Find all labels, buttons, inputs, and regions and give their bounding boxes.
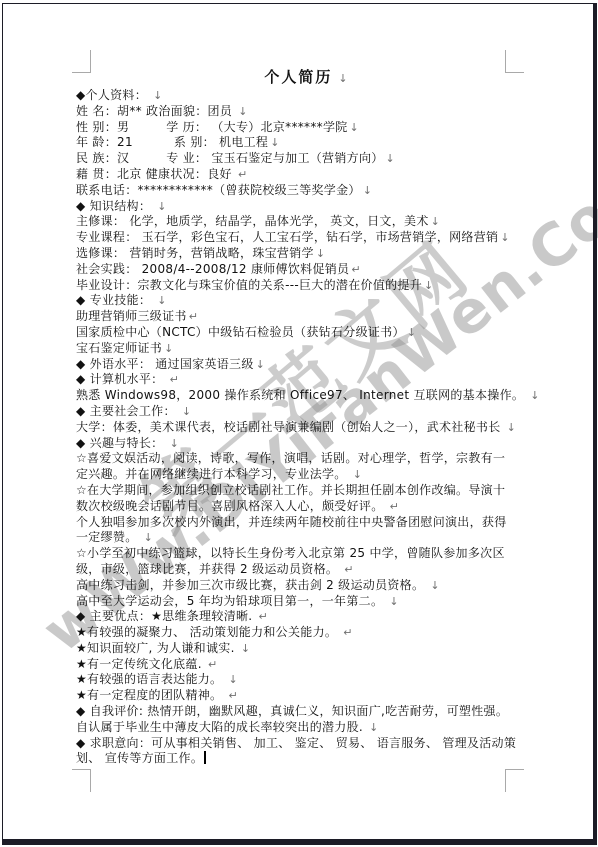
paragraph-mark: ↵ xyxy=(189,310,198,323)
paragraph-mark: ↵ xyxy=(170,373,179,386)
document-lines: ◆个人资料： ↓姓 名：胡** 政治面貌：团员 ↓性 别：男 学 历： （大专）… xyxy=(76,88,536,767)
document-line: ◆ 计算机水平： ↵ xyxy=(76,372,536,388)
line-break-mark: ↓ xyxy=(228,673,237,686)
document-body[interactable]: 个人简历↓ ◆个人资料： ↓姓 名：胡** 政治面貌：团员 ↓性 别：男 学 历… xyxy=(76,66,536,767)
line-text: ◆ 自我评价: 热情开朗，幽默风趣，真诚仁义，知识面广,吃苦耐劳，可塑性强。 xyxy=(76,704,508,718)
line-text: 主修课： 化学，地质学，结晶学，晶体光学， 英文，日文，美术 xyxy=(76,214,429,228)
line-text: 定兴趣。并在网络继续进行本科学习，专业法学。 xyxy=(76,467,351,481)
line-break-mark: ↓ xyxy=(424,279,433,292)
line-text: ◆ 兴趣与特长： xyxy=(76,436,168,450)
line-break-mark: ↓ xyxy=(389,595,398,608)
document-line: ★有一定程度的团队精神。 ↵ xyxy=(76,688,536,704)
line-text: 熟悉 Windows98，2000 操作系统和 Office97、 Intern… xyxy=(76,388,528,402)
document-line: 高中至大学运动会，5 年均为铅球项目第一，一年第二。 ↓ xyxy=(76,594,536,610)
text-cursor xyxy=(204,751,206,764)
document-line: ☆在大学期间，参加组织创立校话剧社工作。并长期担任剧本创作改编。导演十 xyxy=(76,483,536,499)
line-break-mark: ↓ xyxy=(430,579,439,592)
document-line: 数次校级晚会话剧节目。喜剧风格深入人心，颇受好评。 ↵ xyxy=(76,499,536,515)
document-line: ◆ 主要社会工作： ↓ xyxy=(76,404,536,420)
document-line: 一定缪赞。 ↓ xyxy=(76,530,536,546)
paragraph-mark: ↵ xyxy=(344,563,353,576)
line-text: 助理营销师三级证书 xyxy=(76,309,187,323)
line-break-mark: ↓ xyxy=(500,231,509,244)
paragraph-mark: ↵ xyxy=(259,610,268,623)
line-text: ★有较强的凝聚力、 活动策划能力和公关能力。 xyxy=(76,625,341,639)
line-text: 级，市级，篮球比赛，并获得 2 级运动员资格。 xyxy=(76,562,342,576)
line-break-mark: ↓ xyxy=(256,358,265,371)
document-line: ◆ 求职意向：可从事相关销售、 加工、 鉴定、 贸易、 语言服务、 管理及活动策 xyxy=(76,736,536,752)
line-break-mark: ↓ xyxy=(350,121,359,134)
line-text: 毕业设计：宗教文化与珠宝价值的关系---巨大的潜在价值的提升 xyxy=(76,278,422,292)
line-break-mark: ↓ xyxy=(407,326,416,339)
document-line: ☆小学至初中练习篮球，以特长生身份考入北京第 25 中学，曾随队参加多次区 xyxy=(76,546,536,562)
line-text: ◆ 计算机水平： xyxy=(76,372,168,386)
line-break-mark: ↓ xyxy=(241,642,250,655)
line-text: ◆ 主要优点：★思维条理较清晰. xyxy=(76,609,257,623)
line-text: 高中练习击剑，并参加三次市级比赛，获击剑 2 级运动员资格。 xyxy=(76,578,428,592)
document-line: ◆ 外语水平： 通过国家英语三级↓ xyxy=(76,357,536,373)
line-text: ★有较强的语言表达能力。 xyxy=(76,672,226,686)
document-line: 联系电话：************（曾获院校级三等奖学金）↓ xyxy=(76,183,536,199)
line-break-mark: ↓ xyxy=(530,389,539,402)
document-line: ◆ 主要优点：★思维条理较清晰. ↵ xyxy=(76,609,536,625)
paragraph-mark: ↵ xyxy=(343,626,352,639)
paragraph-mark: ↵ xyxy=(390,500,399,513)
line-text: 自认属于毕业生中薄皮大陷的成长率较突出的潜力股. xyxy=(76,720,367,734)
line-text: 划、 宣传等方面工作。 xyxy=(76,751,203,765)
paragraph-mark: ↵ xyxy=(351,263,360,276)
document-line: 助理营销师三级证书↵ xyxy=(76,309,536,325)
line-break-mark: ↓ xyxy=(316,247,325,260)
line-text: 姓 名：胡** 政治面貌：团员 xyxy=(76,104,236,118)
line-break-mark: ↓ xyxy=(507,421,516,434)
document-line: ◆ 自我评价: 热情开朗，幽默风趣，真诚仁义，知识面广,吃苦耐劳，可塑性强。 xyxy=(76,704,536,720)
line-break-mark: ↓ xyxy=(153,89,162,102)
document-line: 定兴趣。并在网络继续进行本科学习，专业法学。 ↓ xyxy=(76,467,536,483)
document-line: 藉 贯：北京 健康状况：良好 ↵ xyxy=(76,167,536,183)
paragraph-mark: ↵ xyxy=(228,689,237,702)
line-break-mark: ↓ xyxy=(238,105,247,118)
document-line: 级，市级，篮球比赛，并获得 2 级运动员资格。 ↵ xyxy=(76,562,536,578)
line-break-mark: ↓ xyxy=(164,342,173,355)
document-line: ★有较强的语言表达能力。 ↓ xyxy=(76,672,536,688)
line-text: ◆ 外语水平： 通过国家英语三级 xyxy=(76,357,254,371)
line-text: 联系电话：************（曾获院校级三等奖学金） xyxy=(76,183,361,197)
line-text: 大学：体委，美术课代表，校话剧社导演兼编剧（创始人之一），武术社秘书长 xyxy=(76,420,505,434)
line-break-mark: ↓ xyxy=(431,215,440,228)
line-break-mark: ↓ xyxy=(170,437,179,450)
line-text: 宝石鉴定师证书 xyxy=(76,341,162,355)
document-line: 主修课： 化学，地质学，结晶学，晶体光学， 英文，日文，美术↓ xyxy=(76,214,536,230)
document-line: ★有一定传统文化底蕴. ↵ xyxy=(76,657,536,673)
document-title: 个人简历 xyxy=(264,68,332,86)
document-line: 划、 宣传等方面工作。 xyxy=(76,751,536,767)
document-line: ◆个人资料： ↓ xyxy=(76,88,536,104)
document-line: 国家质检中心（NCTC）中级钻石检验员（获钻石分级证书）↓ xyxy=(76,325,536,341)
document-line: 姓 名：胡** 政治面貌：团员 ↓ xyxy=(76,104,536,120)
line-text: ☆在大学期间，参加组织创立校话剧社工作。并长期担任剧本创作改编。导演十 xyxy=(76,483,505,497)
document-line: 高中练习击剑，并参加三次市级比赛，获击剑 2 级运动员资格。 ↓ xyxy=(76,578,536,594)
line-text: 国家质检中心（NCTC）中级钻石检验员（获钻石分级证书） xyxy=(76,325,405,339)
line-break-mark: ↓ xyxy=(270,136,279,149)
document-line: ◆ 知识结构： ↓ xyxy=(76,199,536,215)
line-break-mark: ↓ xyxy=(363,184,372,197)
title-line-break-mark: ↓ xyxy=(338,72,347,85)
document-line: ◆ 兴趣与特长： ↓ xyxy=(76,436,536,452)
document-line: 个人独唱参加多次校内外演出，并连续两年随校前往中央警备团慰问演出，获得 xyxy=(76,515,536,531)
document-line: 大学：体委，美术课代表，校话剧社导演兼编剧（创始人之一），武术社秘书长 ↓ xyxy=(76,420,536,436)
line-text: 个人独唱参加多次校内外演出，并连续两年随校前往中央警备团慰问演出，获得 xyxy=(76,515,507,529)
line-text: ◆ 专业技能： xyxy=(76,293,155,307)
document-title-row: 个人简历↓ xyxy=(76,66,536,86)
line-break-mark: ↓ xyxy=(182,405,191,418)
paragraph-mark: ↵ xyxy=(208,658,217,671)
document-line: 社会实践： 2008/4--2008/12 康师傅饮料促销员↵ xyxy=(76,262,536,278)
document-line: ◆ 专业技能： ↓ xyxy=(76,293,536,309)
document-line: 毕业设计：宗教文化与珠宝价值的关系---巨大的潜在价值的提升↓ xyxy=(76,278,536,294)
line-text: ◆ 知识结构： xyxy=(76,199,155,213)
document-line: 熟悉 Windows98，2000 操作系统和 Office97、 Intern… xyxy=(76,388,536,404)
line-text: 性 别：男 学 历： （大专）北京******学院 xyxy=(76,120,348,134)
line-break-mark: ↓ xyxy=(157,200,166,213)
document-line: 性 别：男 学 历： （大专）北京******学院↓ xyxy=(76,120,536,136)
line-text: ◆ 求职意向：可从事相关销售、 加工、 鉴定、 贸易、 语言服务、 管理及活动策 xyxy=(76,736,516,750)
line-text: ★有一定程度的团队精神。 xyxy=(76,688,226,702)
document-line: 宝石鉴定师证书↓ xyxy=(76,341,536,357)
margin-mark-bottom-left xyxy=(72,769,91,792)
line-text: 一定缪赞。 xyxy=(76,530,142,544)
line-text: 民 族：汉 专 业： 宝玉石鉴定与加工（营销方向） xyxy=(76,151,384,165)
line-text: 藉 贯：北京 健康状况：良好 xyxy=(76,167,236,181)
document-line: 选修课： 营销时务，营销战略，珠宝营销学↓ xyxy=(76,246,536,262)
document-line: 专业课程： 玉石学，彩色宝石，人工宝石学，钻石学，市场营销学，网络营销↓ xyxy=(76,230,536,246)
line-text: ☆喜爱文娱活动，阅读，诗歌，写作，演唱，话剧。对心理学，哲学，宗教有一 xyxy=(76,451,505,465)
line-break-mark: ↓ xyxy=(144,531,153,544)
line-text: 高中至大学运动会，5 年均为铅球项目第一，一年第二。 xyxy=(76,594,387,608)
document-line: 民 族：汉 专 业： 宝玉石鉴定与加工（营销方向）↓ xyxy=(76,151,536,167)
line-break-mark: ↓ xyxy=(353,468,362,481)
line-text: 社会实践： 2008/4--2008/12 康师傅饮料促销员 xyxy=(76,262,349,276)
document-line: ★知识面较广, 为人谦和诚实. ↓ xyxy=(76,641,536,657)
line-text: 年 龄：21 系 别： 机电工程 xyxy=(76,135,268,149)
paragraph-mark: ↵ xyxy=(238,168,247,181)
margin-mark-bottom-right xyxy=(505,769,524,792)
line-text: ★有一定传统文化底蕴. xyxy=(76,657,206,671)
line-text: 专业课程： 玉石学，彩色宝石，人工宝石学，钻石学，市场营销学，网络营销 xyxy=(76,230,498,244)
line-text: 数次校级晚会话剧节目。喜剧风格深入人心，颇受好评。 xyxy=(76,499,388,513)
line-break-mark: ↓ xyxy=(386,152,395,165)
document-line: 年 龄：21 系 别： 机电工程↓ xyxy=(76,135,536,151)
line-text: ☆小学至初中练习篮球，以特长生身份考入北京第 25 中学，曾随队参加多次区 xyxy=(76,546,505,560)
line-break-mark: ↓ xyxy=(157,294,166,307)
line-text: ◆ 主要社会工作： xyxy=(76,404,180,418)
line-text: ★知识面较广, 为人谦和诚实. xyxy=(76,641,239,655)
document-line: ☆喜爱文娱活动，阅读，诗歌，写作，演唱，话剧。对心理学，哲学，宗教有一 xyxy=(76,451,536,467)
document-line: 自认属于毕业生中薄皮大陷的成长率较突出的潜力股. ↓ xyxy=(76,720,536,736)
document-line: ★有较强的凝聚力、 活动策划能力和公关能力。 ↵ xyxy=(76,625,536,641)
line-break-mark: ↓ xyxy=(369,721,378,734)
line-text: 选修课： 营销时务，营销战略，珠宝营销学 xyxy=(76,246,314,260)
line-text: ◆个人资料： xyxy=(76,88,151,102)
